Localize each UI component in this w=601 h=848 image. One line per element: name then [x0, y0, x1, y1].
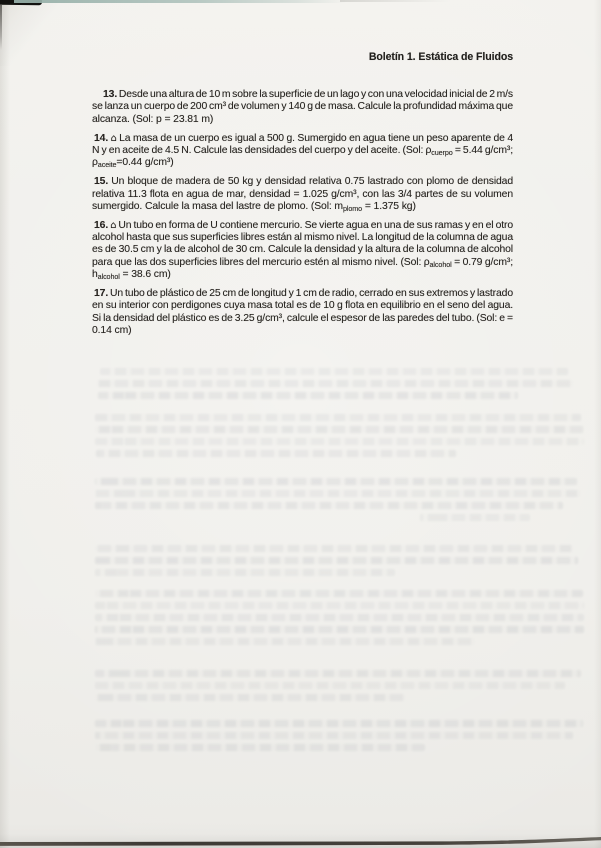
- text-segment: sumergido. Calcule la masa del lastre de…: [92, 201, 343, 212]
- text-segment: se lanza un cuerpo de 200 cm³ de volumen…: [92, 101, 513, 112]
- text-line: alcohol hasta que sus superficies libres…: [92, 232, 513, 244]
- text-segment: = 5.44 g/cm³;: [453, 145, 513, 156]
- text-line: ρaceite=0.44 g/cm³): [92, 157, 513, 169]
- text-segment: = 1.375 kg): [362, 201, 416, 212]
- text-segment: Desde una altura de 10 m sobre la superf…: [117, 89, 513, 100]
- bleedthrough-line: [95, 478, 577, 485]
- text-segment: Un bloque de madera de 50 kg y densidad …: [108, 176, 513, 187]
- scanner-edge-strip-faint: [340, 0, 450, 2]
- text-line: se lanza un cuerpo de 200 cm³ de volumen…: [92, 101, 513, 113]
- text-line: 13. Desde una altura de 10 m sobre la su…: [92, 89, 513, 101]
- text-segment: alcohol hasta que sus superficies libres…: [92, 232, 513, 243]
- scanned-document-page: Boletín 1. Estática de Fluidos 13. Desde…: [0, 0, 601, 848]
- bleedthrough-line: [95, 670, 581, 677]
- text-line: 17. Un tubo de plástico de 25 cm de long…: [92, 288, 513, 300]
- page-title: Boletín 1. Estática de Fluidos: [92, 51, 513, 63]
- subscript-label: plomo: [343, 204, 362, 213]
- text-segment: relativa 11.3 flota en agua de mar, dens…: [92, 189, 513, 200]
- problem-16: 16. ⌂ Un tubo en forma de U contiene mer…: [92, 220, 513, 282]
- text-segment: =0.44 g/cm³): [116, 157, 173, 168]
- bleedthrough-line: [95, 614, 584, 621]
- text-line: halcohol = 38.6 cm): [92, 269, 513, 281]
- bleedthrough-line: [95, 744, 425, 751]
- subscript-label: alcohol: [98, 272, 120, 281]
- text-line: 0.14 cm): [92, 325, 513, 337]
- text-line: en su interior con perdigones cuya masa …: [92, 300, 513, 312]
- scanner-edge-strip: [14, 0, 346, 3]
- text-line: Si la densidad del plástico es de 3.25 g…: [92, 313, 513, 325]
- text-segment: N y en aceite de 4.5 N. Calcule las dens…: [92, 145, 431, 156]
- text-segment: Si la densidad del plástico es de 3.25 g…: [92, 313, 513, 324]
- bleedthrough-line: [95, 602, 584, 609]
- subscript-label: cuerpo: [431, 148, 452, 157]
- bleedthrough-line: [95, 490, 581, 497]
- scanner-bottom-edge: [0, 834, 601, 848]
- text-segment: es de 30.5 cm y la de alcohol de 30 cm. …: [92, 244, 513, 255]
- bleedthrough-line: [95, 732, 573, 739]
- bleedthrough-line: [95, 720, 583, 727]
- problem-number: 17.: [94, 288, 108, 299]
- bleedthrough-line: [95, 569, 395, 576]
- problem-number: 15.: [94, 176, 108, 187]
- bleedthrough-line: [95, 414, 581, 421]
- text-segment: en su interior con perdigones cuya masa …: [92, 300, 513, 311]
- text-line: 15. Un bloque de madera de 50 kg y densi…: [92, 176, 513, 188]
- subscript-label: alcohol: [430, 260, 452, 269]
- bleedthrough-line: [95, 557, 578, 564]
- bleedthrough-line: [420, 514, 530, 521]
- text-segment: para que las dos superficies libres del …: [92, 257, 430, 268]
- bleedthrough-line: [95, 426, 584, 433]
- text-segment: alcanza. (Sol: p = 23.81 m): [92, 114, 213, 125]
- bleedthrough-line: [96, 450, 456, 457]
- bleedthrough-line: [95, 694, 405, 701]
- text-segment: 0.14 cm): [92, 325, 131, 336]
- text-segment: = 0.79 g/cm³;: [452, 257, 513, 268]
- bleedthrough-line: [95, 638, 475, 645]
- text-line: 16. ⌂ Un tubo en forma de U contiene mer…: [92, 220, 513, 232]
- text-segment: Un tubo de plástico de 25 cm de longitud…: [108, 288, 513, 299]
- paper-edge-line: [0, 4, 2, 50]
- bleedthrough-line: [95, 626, 584, 633]
- problem-number: 16.: [94, 220, 108, 231]
- text-line: para que las dos superficies libres del …: [92, 257, 513, 269]
- text-segment: = 38.6 cm): [120, 269, 171, 280]
- bleedthrough-line: [95, 438, 584, 445]
- subscript-label: aceite: [98, 161, 117, 170]
- bleedthrough-line: [100, 368, 568, 375]
- text-line: relativa 11.3 flota en agua de mar, dens…: [92, 189, 513, 201]
- text-line: alcanza. (Sol: p = 23.81 m): [92, 114, 513, 126]
- text-segment: Un tubo en forma de U contiene mercurio.…: [116, 220, 513, 231]
- bleedthrough-line: [95, 545, 573, 552]
- problem-number: 13.: [103, 89, 117, 100]
- text-line: 14. ⌂ La masa de un cuerpo es igual a 50…: [92, 133, 513, 145]
- bleedthrough-line: [97, 380, 573, 387]
- problem-14: 14. ⌂ La masa de un cuerpo es igual a 50…: [92, 133, 513, 170]
- paper-corner-shadow: [0, 0, 80, 66]
- text-line: N y en aceite de 4.5 N. Calcule las dens…: [92, 145, 513, 157]
- problem-number: 14.: [94, 133, 108, 144]
- bleedthrough-line: [95, 590, 583, 597]
- problem-13: 13. Desde una altura de 10 m sobre la su…: [92, 89, 513, 126]
- bleedthrough-line: [95, 502, 563, 509]
- text-line: es de 30.5 cm y la de alcohol de 30 cm. …: [92, 244, 513, 256]
- problem-15: 15. Un bloque de madera de 50 kg y densi…: [92, 176, 513, 213]
- bleedthrough-line: [95, 682, 565, 689]
- text-line: sumergido. Calcule la masa del lastre de…: [92, 201, 513, 213]
- text-segment: La masa de un cuerpo es igual a 500 g. S…: [117, 133, 513, 144]
- bleedthrough-line: [98, 392, 518, 399]
- problem-list: 13. Desde una altura de 10 m sobre la su…: [92, 89, 513, 344]
- problem-17: 17. Un tubo de plástico de 25 cm de long…: [92, 288, 513, 338]
